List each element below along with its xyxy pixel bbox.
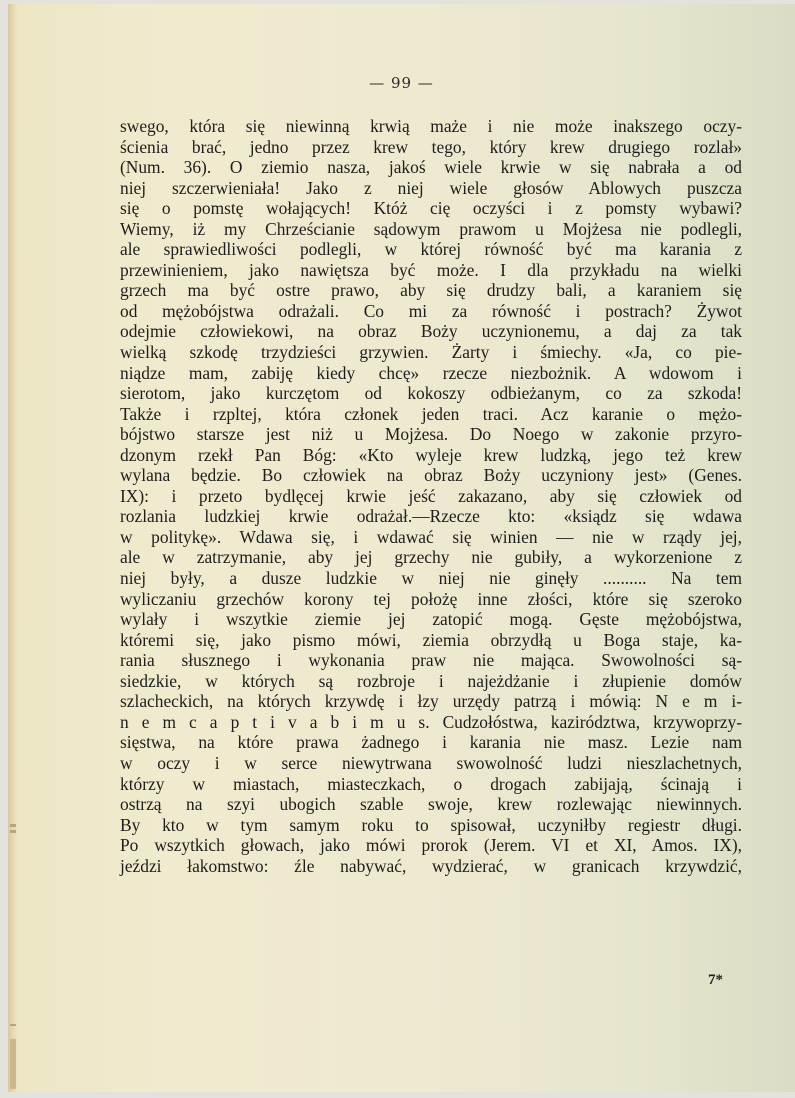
body-text: swego, która się niewinną krwią maże i n… xyxy=(120,116,742,876)
text-line: swego, która się niewinną krwią maże i n… xyxy=(120,116,742,137)
binding-mark xyxy=(10,1039,16,1089)
text-line: wylana będzie. Bo człowiek na obraz Boży… xyxy=(120,465,742,486)
text-line: Wiemy, iż my Chrześcianie sądowym prawom… xyxy=(120,219,742,240)
text-line: którzy w miastach, miasteczkach, o droga… xyxy=(120,774,742,795)
text-line: w politykę». Wdawa się, i wdawać się win… xyxy=(120,527,742,548)
signature-mark: 7* xyxy=(708,972,723,989)
text-line: rozlania ludzkiej krwie odrażał.—Rzecze … xyxy=(120,506,742,527)
text-line: By kto w tym samym roku to spisował, ucz… xyxy=(120,815,742,836)
book-page: — 99 — swego, która się niewinną krwią m… xyxy=(8,4,795,1092)
text-line: jeździ łakomstwo: źle nabywać, wydzierać… xyxy=(120,856,742,877)
text-line: wielką szkodę trzydzieści grzywien. Żart… xyxy=(120,342,742,363)
text-line: Także i rzpltej, która członek jeden tra… xyxy=(120,404,742,425)
text-line: siedzkie, w których są rozbroje i najeżd… xyxy=(120,671,742,692)
text-line: niądze mam, zabiję kiedy chcę» rzecze ni… xyxy=(120,363,742,384)
text-line: się o pomstę wołających! Któż cię oczyśc… xyxy=(120,198,742,219)
text-line: (Num. 36). O ziemio nasza, jakoś wiele k… xyxy=(120,157,742,178)
text-line: w oczy i w serce niewytrwana swowolność … xyxy=(120,753,742,774)
text-line: niej były, a dusze ludzkie w niej nie gi… xyxy=(120,568,742,589)
text-line: któremi się, jako pismo mówi, ziemia obr… xyxy=(120,630,742,651)
text-line: bójstwo starsze jest niż u Mojżesa. Do N… xyxy=(120,424,742,445)
text-line: szlacheckich, na których krzywdę i łzy u… xyxy=(120,691,742,712)
binding-mark xyxy=(10,1024,16,1026)
text-line: od mężobójstwa odrażali. Co mi za równoś… xyxy=(120,301,742,322)
text-line: dzonym rzekł Pan Bóg: «Kto wyleje krew l… xyxy=(120,445,742,466)
text-line: IX): i przeto bydlęcej krwie jeść zakaza… xyxy=(120,486,742,507)
text-line: ścienia brać, jedno przez krew tego, któ… xyxy=(120,137,742,158)
text-line: przewinieniem, jako nawiętsza być może. … xyxy=(120,260,742,281)
text-line: ostrzą na szyi ubogich szable swoje, kre… xyxy=(120,794,742,815)
binding-mark xyxy=(10,824,16,827)
text-line: wyliczaniu grzechów korony tej położę in… xyxy=(120,589,742,610)
binding-mark xyxy=(10,830,16,833)
text-line: ale sprawiedliwości podlegli, w której r… xyxy=(120,239,742,260)
text-line: Po wszytkich głowach, jako mówi prorok (… xyxy=(120,835,742,856)
text-line: sierotom, jako kurczętom od kokoszy odbi… xyxy=(120,383,742,404)
text-line: n e m c a p t i v a b i m u s. Cudzołóst… xyxy=(120,712,742,733)
text-line: odejmie człowiekowi, na obraz Boży uczyn… xyxy=(120,321,742,342)
text-line: grzech ma być ostre prawo, aby się drudz… xyxy=(120,280,742,301)
page-number: — 99 — xyxy=(8,74,795,92)
text-line: sięstwa, na które prawa żadnego i karani… xyxy=(120,732,742,753)
text-line: rania słusznego i wykonania praw nie maj… xyxy=(120,650,742,671)
text-line: ale w zatrzymanie, aby jej grzechy nie g… xyxy=(120,547,742,568)
text-line: niej szczerwieniała! Jako z niej wiele g… xyxy=(120,178,742,199)
page-binding-edge xyxy=(8,4,18,1092)
text-line: wylały i wszytkie ziemie jej zatopić mog… xyxy=(120,609,742,630)
